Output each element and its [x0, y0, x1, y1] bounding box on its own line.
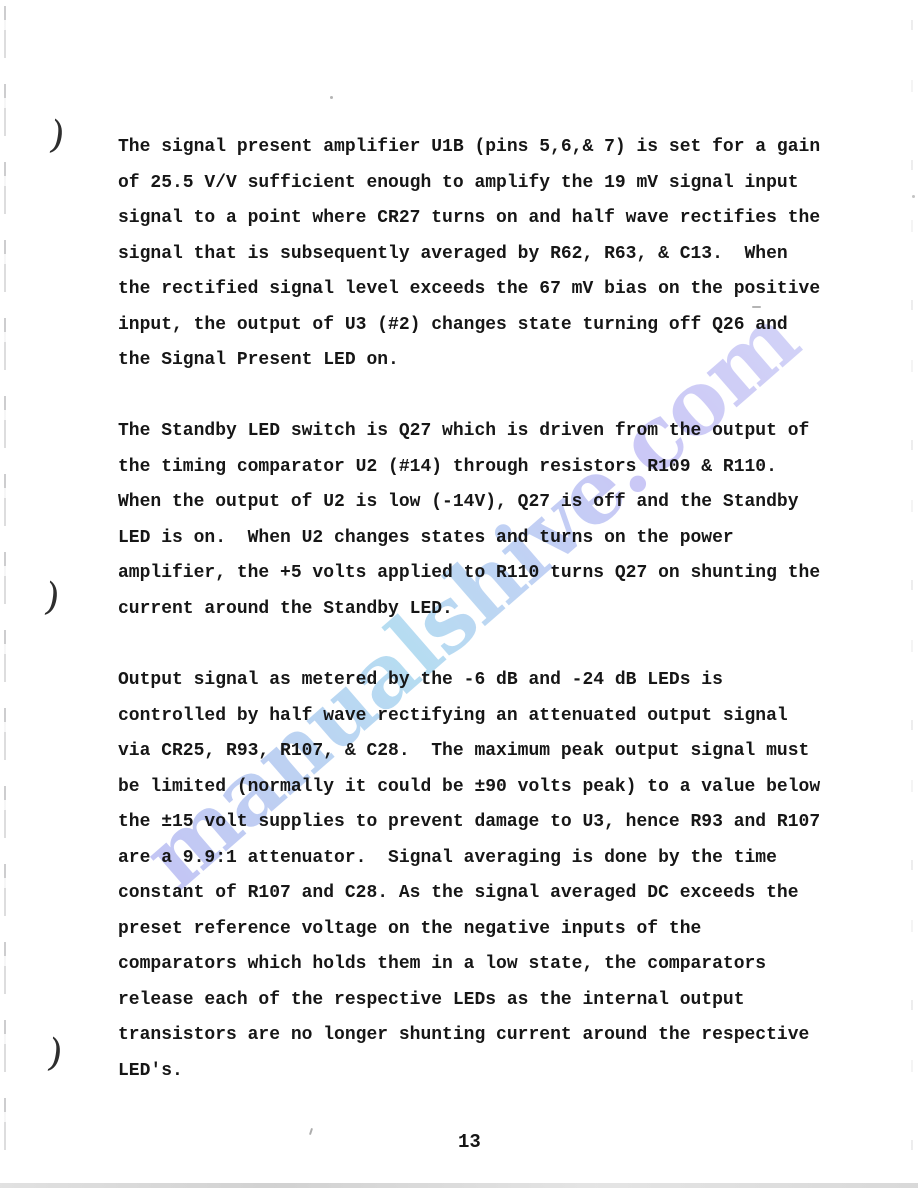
- margin-pen-mark: ): [45, 1033, 66, 1073]
- scan-artifact-right-edge: [911, 20, 913, 1170]
- text-line: controlled by half wave rectifying an at…: [118, 699, 858, 735]
- text-line: current around the Standby LED.: [118, 592, 858, 628]
- body-paragraph-1: The signal present amplifier U1B (pins 5…: [118, 130, 858, 379]
- scan-speck: [752, 306, 761, 308]
- text-line: Output signal as metered by the -6 dB an…: [118, 663, 858, 699]
- scan-speck: [330, 96, 333, 99]
- body-paragraph-2: The Standby LED switch is Q27 which is d…: [118, 414, 858, 627]
- text-line: be limited (normally it could be ±90 vol…: [118, 770, 858, 806]
- scan-artifact-left-edge: [4, 6, 6, 1176]
- scanned-document-page: manualshive.com ) ) ) The signal present…: [0, 0, 918, 1188]
- text-line: signal that is subsequently averaged by …: [118, 237, 858, 273]
- text-line: the timing comparator U2 (#14) through r…: [118, 450, 858, 486]
- text-line: via CR25, R93, R107, & C28. The maximum …: [118, 734, 858, 770]
- text-line: The signal present amplifier U1B (pins 5…: [118, 130, 858, 166]
- text-line: LED's.: [118, 1054, 858, 1090]
- page-number: 13: [458, 1131, 481, 1153]
- text-line: are a 9.9:1 attenuator. Signal averaging…: [118, 841, 858, 877]
- scan-speck: [309, 1128, 313, 1135]
- text-line: the rectified signal level exceeds the 6…: [118, 272, 858, 308]
- text-line: of 25.5 V/V sufficient enough to amplify…: [118, 166, 858, 202]
- margin-pen-mark: ): [47, 115, 68, 155]
- body-paragraph-3: Output signal as metered by the -6 dB an…: [118, 663, 858, 1089]
- text-line: release each of the respective LEDs as t…: [118, 983, 858, 1019]
- text-line: input, the output of U3 (#2) changes sta…: [118, 308, 858, 344]
- text-line: comparators which holds them in a low st…: [118, 947, 858, 983]
- text-line: The Standby LED switch is Q27 which is d…: [118, 414, 858, 450]
- text-line: the Signal Present LED on.: [118, 343, 858, 379]
- text-line: transistors are no longer shunting curre…: [118, 1018, 858, 1054]
- scan-speck: [912, 195, 915, 198]
- text-line: When the output of U2 is low (-14V), Q27…: [118, 485, 858, 521]
- text-line: preset reference voltage on the negative…: [118, 912, 858, 948]
- text-line: amplifier, the +5 volts applied to R110 …: [118, 556, 858, 592]
- text-line: constant of R107 and C28. As the signal …: [118, 876, 858, 912]
- margin-pen-mark: ): [42, 577, 63, 617]
- scan-artifact-bottom-strip: [0, 1183, 918, 1188]
- text-line: the ±15 volt supplies to prevent damage …: [118, 805, 858, 841]
- text-line: LED is on. When U2 changes states and tu…: [118, 521, 858, 557]
- text-line: signal to a point where CR27 turns on an…: [118, 201, 858, 237]
